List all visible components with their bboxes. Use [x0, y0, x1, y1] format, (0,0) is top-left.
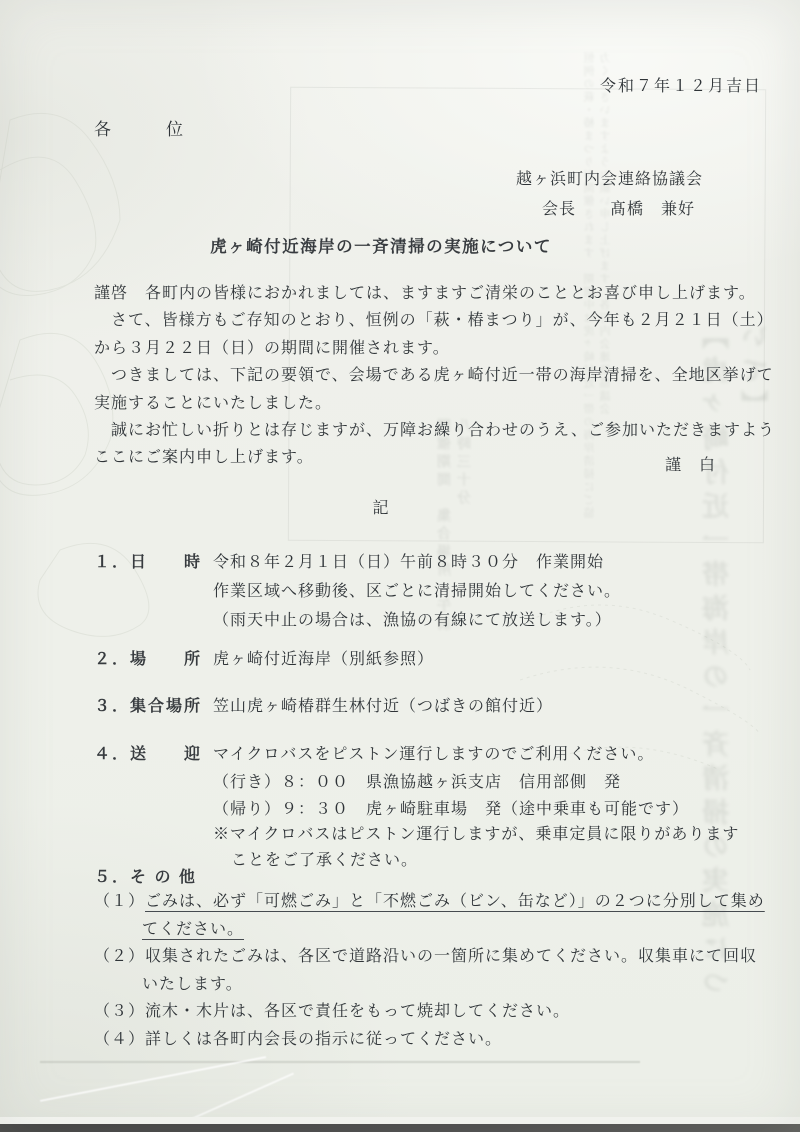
addressee: 各 位 [94, 120, 184, 140]
note-3-line: （３）流木・木片は、各区で責任をもって焼却してください。 [94, 1003, 570, 1021]
note-4-number: （４） [94, 1031, 145, 1048]
item-4-line: ことをご了承ください。 [231, 852, 418, 870]
note-2-number: （２） [94, 948, 145, 965]
note-2-line-2: いたします。 [142, 976, 243, 994]
note-1-line-1: （１）ごみは、必ず「可燃ごみ」と「不燃ごみ（ビン、缶など）」の２つに分別して集め [94, 893, 765, 911]
item-1-line: 令和８年２月１日（日）午前８時３０分 作業開始 [213, 554, 604, 572]
item-1-line: 作業区域へ移動後、区ごとに清掃開始してください。 [213, 583, 621, 601]
item-3-line: 笠山虎ヶ崎椿群生林付近（つばきの館付近） [213, 698, 553, 716]
item-4-line: マイクロバスをピストン運行しますのでご利用ください。 [213, 746, 654, 764]
paper-crease [40, 1056, 266, 1102]
document-title: 虎ヶ崎付近海岸の一斉清掃の実施について [0, 238, 762, 257]
paper-bottom-edge [0, 1117, 800, 1124]
item-4-line: ※マイクロバスはピストン運行しますが、乗車定員に限りがあります [213, 826, 739, 844]
scanned-letter-page: 【虎ヶ崎付近一帯海岸の一斉清掃の実施について】 恒例の萩・椿まつりが開催されます… [0, 0, 800, 1132]
note-3-number: （３） [94, 1003, 145, 1020]
note-1-number: （１） [94, 893, 145, 910]
record-marker: 記 [0, 500, 762, 518]
closing-phrase: 謹 白 [665, 457, 716, 475]
note-2-line-1: （２）収集されたごみは、各区で道路沿いの一箇所に集めてください。収集車にて回収 [94, 948, 757, 966]
note-1-text: ごみは、必ず「可燃ごみ」と「不燃ごみ（ビン、缶など）」の２つに分別して集め [145, 893, 765, 910]
item-1-label: １．日 時 [94, 554, 202, 572]
sender-name: 会長 髙橋 兼好 [542, 201, 695, 219]
item-4-line: （帰り）９：３０ 虎ヶ崎駐車場 発（途中乗車も可能です） [213, 801, 689, 819]
sender-organization: 越ヶ浜町内会連絡協議会 [516, 171, 703, 189]
back-page-line-showthrough [40, 1061, 640, 1063]
note-4-text: 詳しくは各町内会長の指示に従ってください。 [145, 1031, 502, 1048]
body-line: 誠にお忙しい折りとは存じますが、万障お繰り合わせのうえ、ご参加いただきますよう [94, 422, 775, 440]
body-line: 実施することにいたしました。 [94, 395, 332, 413]
body-line: さて、皆様方もご存知のとおり、恒例の「萩・椿まつり」が、今年も２月２１日（土） [94, 312, 774, 330]
body-line: 謹啓 各町内の皆様におかれましては、ますますご清栄のこととお喜び申し上げます。 [94, 285, 756, 303]
note-1-line-2: てください。 [142, 921, 244, 939]
note-4-line: （４）詳しくは各町内会長の指示に従ってください。 [94, 1031, 502, 1049]
item-2-label: ２．場 所 [94, 651, 202, 669]
item-3-label: ３．集合場所 [94, 698, 202, 716]
item-2-line: 虎ヶ崎付近海岸（別紙参照） [213, 651, 434, 669]
date-line: 令和７年１２月吉日 [600, 78, 762, 96]
scanner-edge-band [0, 1124, 800, 1132]
item-4-label: ４．送 迎 [94, 746, 202, 764]
item-4-line: （行き）８：００ 県漁協越ヶ浜支店 信用部側 発 [213, 774, 621, 792]
item-5-label: ５．そ の 他 [94, 869, 197, 887]
body-line: から３月２２日（日）の期間に開催されます。 [94, 340, 450, 358]
note-2-text: 収集されたごみは、各区で道路沿いの一箇所に集めてください。収集車にて回収 [145, 948, 757, 965]
body-line: ここにご案内申し上げます。 [94, 449, 314, 467]
body-line: つきましては、下記の要領で、会場である虎ヶ崎付近一帯の海岸清掃を、全地区挙げて [94, 367, 774, 385]
note-1-text-cont: てください。 [142, 921, 244, 938]
item-1-line: （雨天中止の場合は、漁協の有線にて放送します。） [213, 612, 612, 630]
note-3-text: 流木・木片は、各区で責任をもって焼却してください。 [145, 1003, 570, 1020]
